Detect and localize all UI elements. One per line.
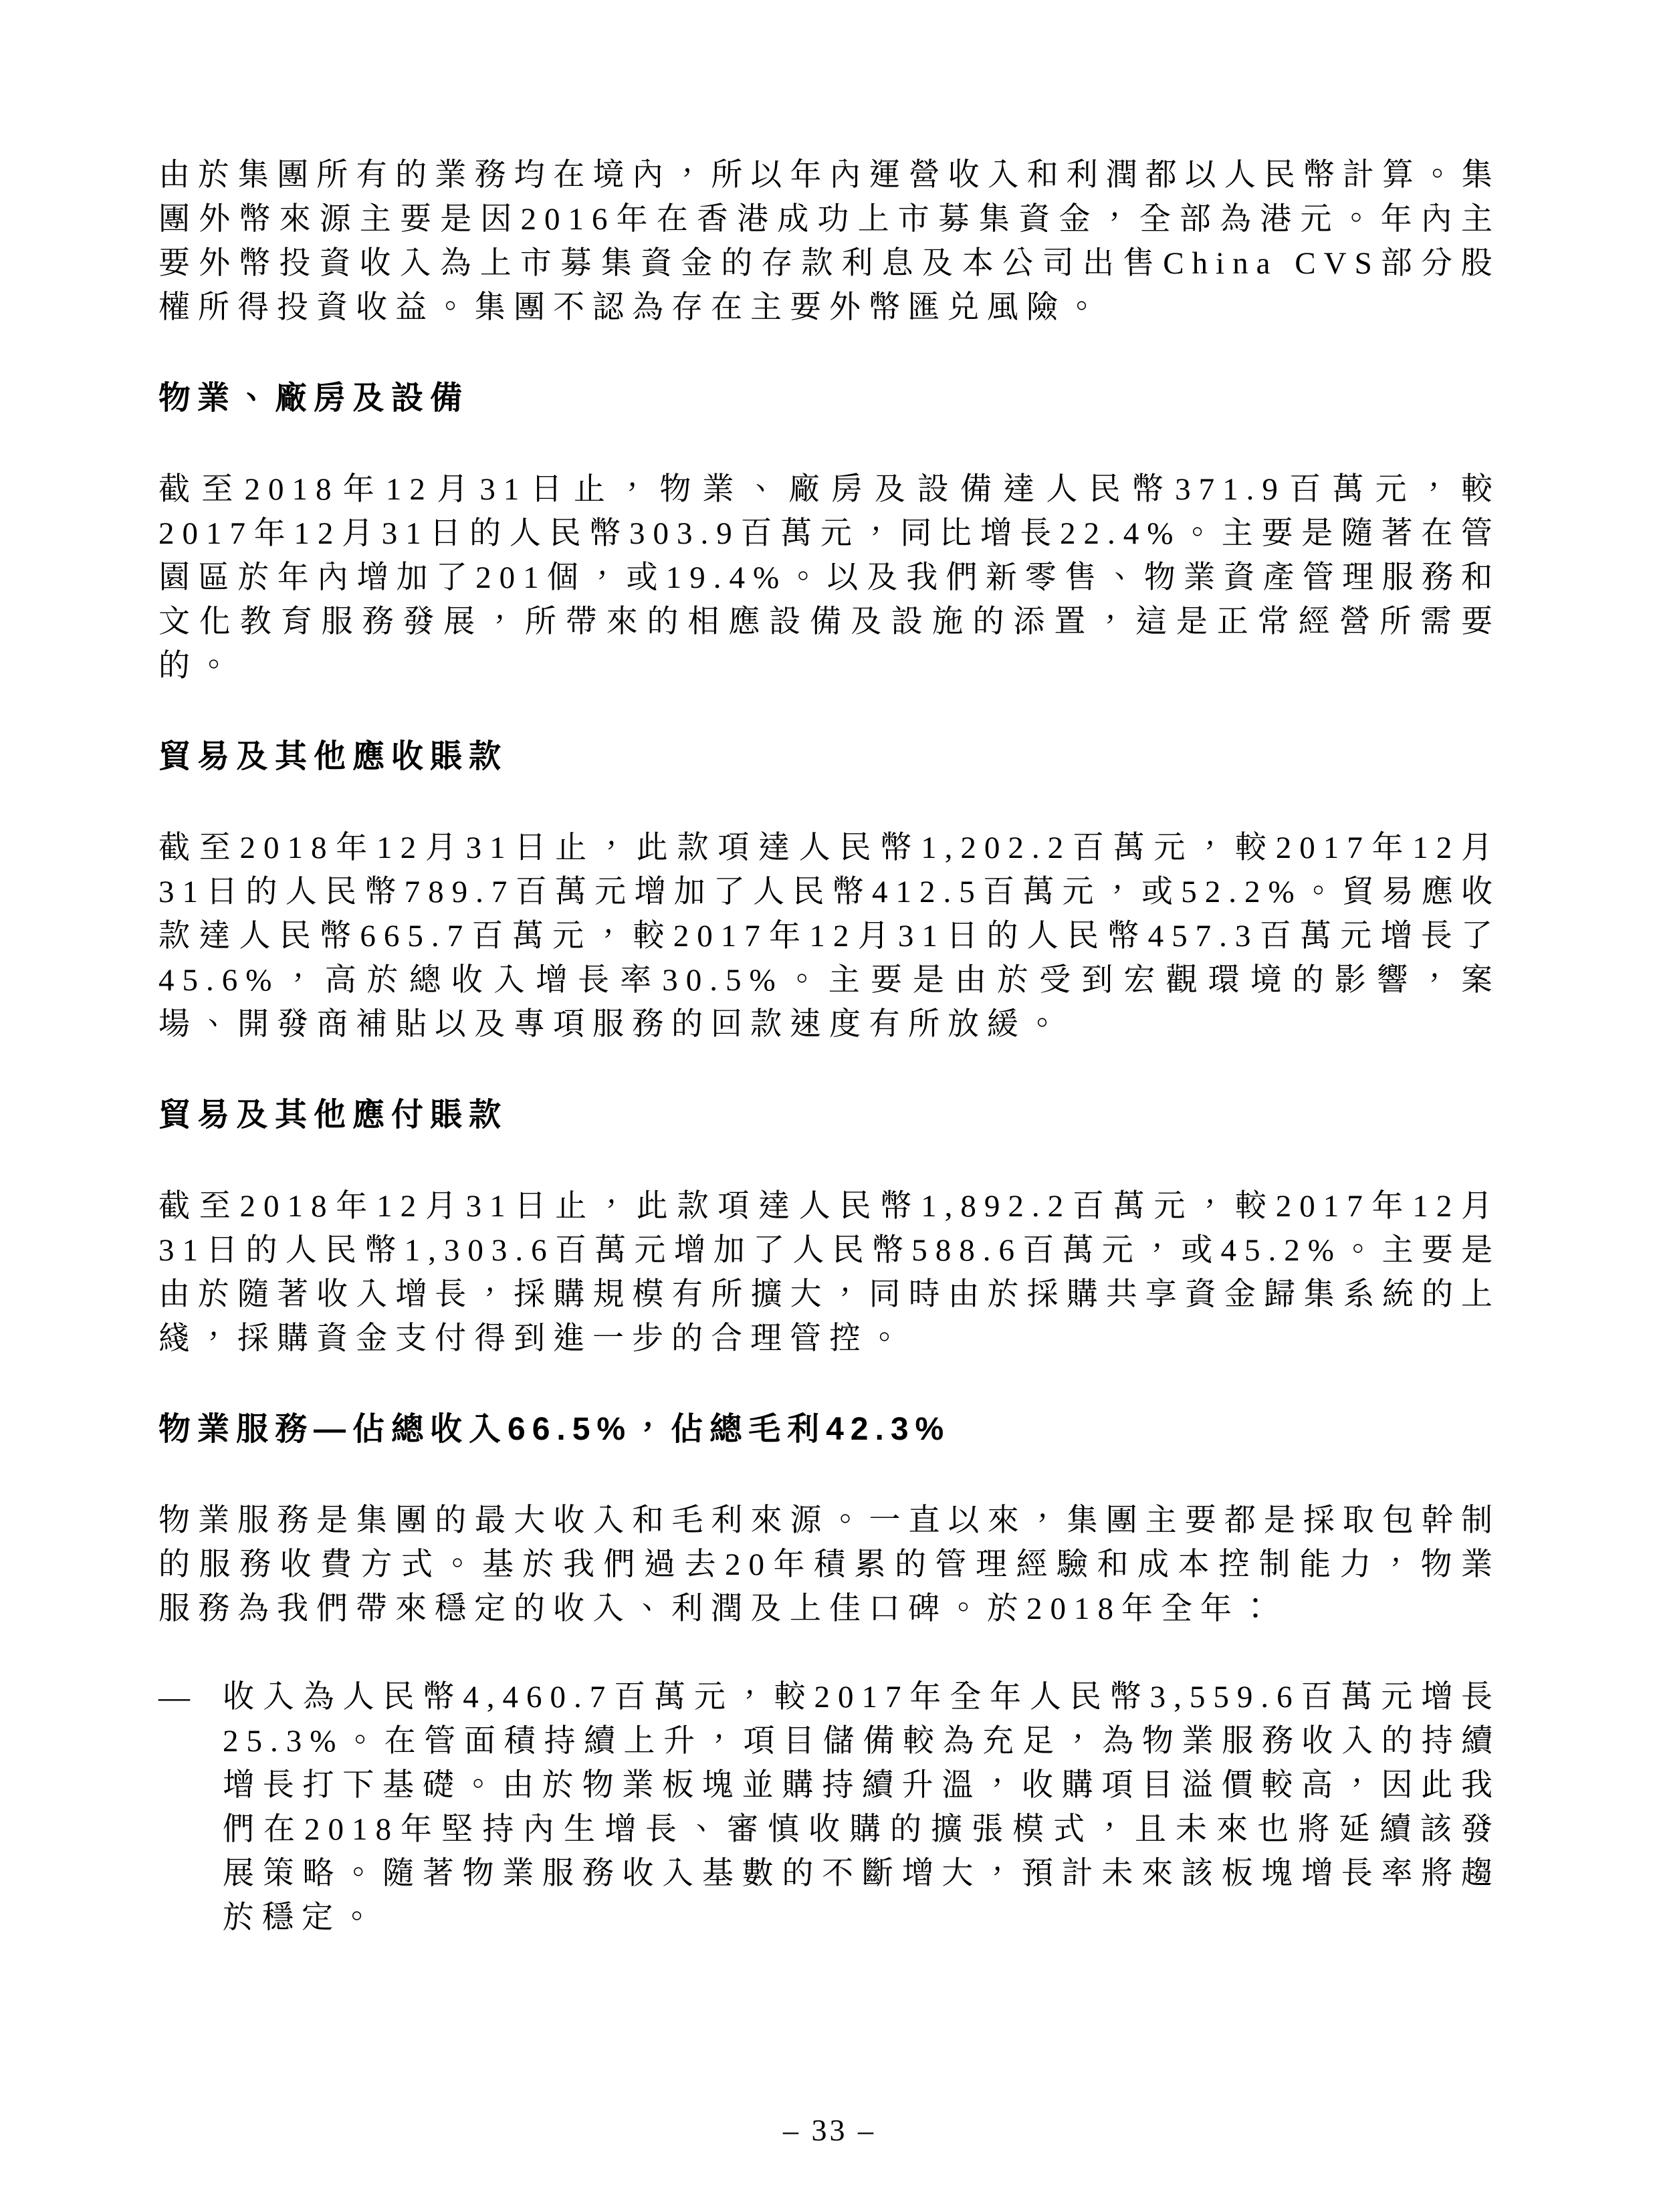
paragraph-property-plant-equipment: 截至2018年12月31日止，物業、廠房及設備達人民幣371.9百萬元，較201… [158, 467, 1501, 688]
heading-trade-receivables: 貿易及其他應收賬款 [158, 735, 1501, 779]
page-content: 由於集團所有的業務均在境內，所以年內運營收入和利潤都以人民幣計算。集團外幣來源主… [158, 153, 1501, 1940]
list-item-revenue-text: 收入為人民幣4,460.7百萬元，較2017年全年人民幣3,559.6百萬元增長… [223, 1675, 1501, 1940]
page-number: – 33 – [0, 2113, 1659, 2148]
list-item-revenue: — 收入為人民幣4,460.7百萬元，較2017年全年人民幣3,559.6百萬元… [158, 1675, 1501, 1940]
heading-property-plant-equipment: 物業、廠房及設備 [158, 376, 1501, 421]
heading-property-services: 物業服務—佔總收入66.5%，佔總毛利42.3% [158, 1408, 1501, 1452]
paragraph-foreign-currency: 由於集團所有的業務均在境內，所以年內運營收入和利潤都以人民幣計算。集團外幣來源主… [158, 153, 1501, 330]
paragraph-property-services: 物業服務是集團的最大收入和毛利來源。一直以來，集團主要都是採取包幹制的服務收費方… [158, 1499, 1501, 1631]
heading-trade-payables: 貿易及其他應付賬款 [158, 1093, 1501, 1137]
list-item-dash-marker: — [158, 1675, 190, 1719]
paragraph-trade-receivables: 截至2018年12月31日止，此款項達人民幣1,202.2百萬元，較2017年1… [158, 826, 1501, 1046]
paragraph-trade-payables: 截至2018年12月31日止，此款項達人民幣1,892.2百萬元，較2017年1… [158, 1184, 1501, 1361]
document-page: 由於集團所有的業務均在境內，所以年內運營收入和利潤都以人民幣計算。集團外幣來源主… [0, 0, 1659, 2212]
